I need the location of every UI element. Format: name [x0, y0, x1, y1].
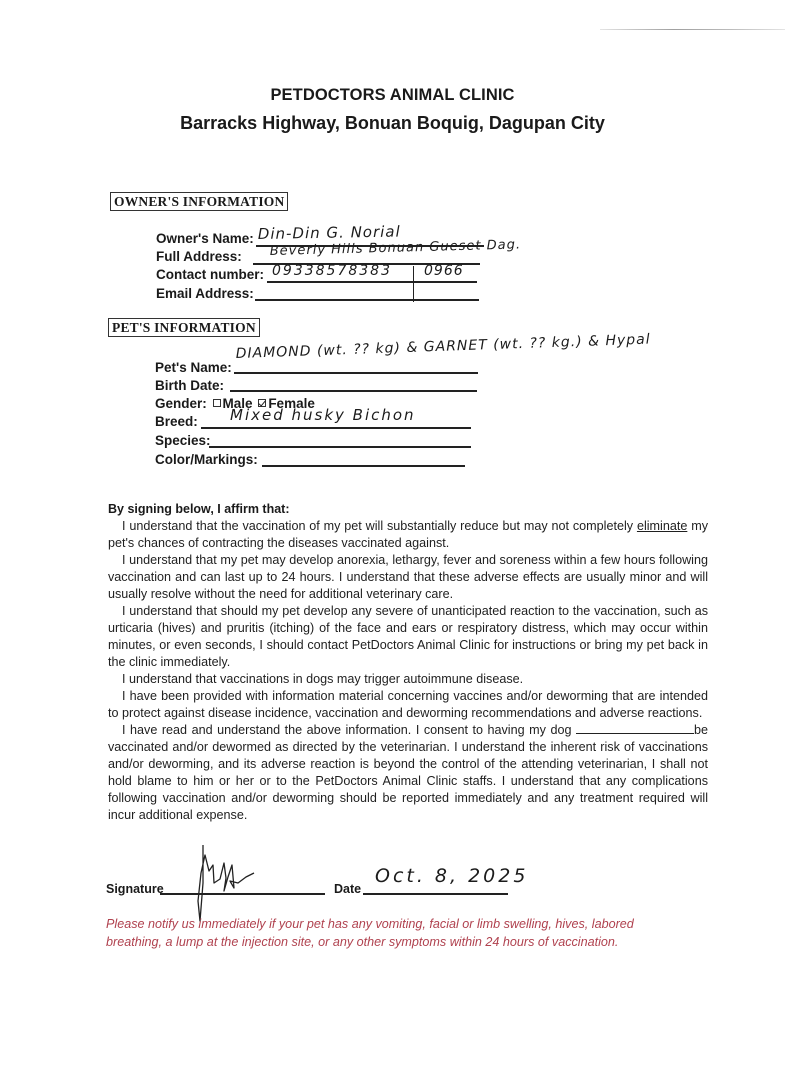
affirmation-paragraph-6: I have read and understand the above inf…: [108, 722, 708, 824]
date-line: [363, 893, 508, 895]
affirmation-paragraph-5: I have been provided with information ma…: [108, 688, 708, 722]
species-label: Species:: [155, 433, 211, 448]
affirmation-body: I understand that the vaccination of my …: [108, 518, 708, 824]
email-address-field[interactable]: [255, 299, 479, 301]
clinic-name: PETDOCTORS ANIMAL CLINIC: [0, 86, 785, 105]
pet-name-label: Pet's Name:: [155, 360, 232, 375]
p1-underlined-word: eliminate: [637, 519, 687, 533]
p1-text: I understand that the vaccination of my …: [122, 519, 637, 533]
contact-number-field-1[interactable]: 09338578383: [272, 263, 392, 279]
signature-label: Signature: [106, 882, 164, 896]
gender-label: Gender:: [155, 396, 207, 411]
contact-number-field-2[interactable]: 0966: [424, 263, 464, 279]
owner-name-label: Owner's Name:: [156, 231, 254, 246]
contact-divider: [413, 266, 414, 302]
birth-date-field[interactable]: [230, 390, 477, 392]
birth-date-label: Birth Date:: [155, 378, 224, 393]
breed-label: Breed:: [155, 414, 198, 429]
contact-number-label: Contact number:: [156, 267, 264, 282]
color-markings-field[interactable]: [262, 465, 465, 467]
color-markings-label: Color/Markings:: [155, 452, 258, 467]
pet-name-line: [234, 372, 478, 374]
owner-name-field[interactable]: Din-Din G. Norial: [258, 223, 401, 243]
affirmation-paragraph-3: I understand that should my pet develop …: [108, 603, 708, 671]
dog-name-blank-field[interactable]: [576, 724, 694, 734]
post-vaccination-notice: Please notify us immediately if your pet…: [106, 915, 666, 951]
p6-text: I have read and understand the above inf…: [122, 723, 576, 737]
email-address-label: Email Address:: [156, 286, 254, 301]
affirmation-paragraph-1: I understand that the vaccination of my …: [108, 518, 708, 552]
affirmation-paragraph-2: I understand that my pet may develop ano…: [108, 552, 708, 603]
contact-number-line: [267, 281, 477, 283]
breed-field[interactable]: Mixed husky Bichon: [230, 406, 416, 424]
pet-name-field[interactable]: DIAMOND (wt. ?? kg) & GARNET (wt. ?? kg.…: [235, 332, 650, 362]
date-field[interactable]: Oct. 8, 2025: [375, 865, 528, 887]
gender-male-checkbox[interactable]: [213, 399, 221, 407]
affirmation-title: By signing below, I affirm that:: [108, 502, 290, 516]
owner-address-label: Full Address:: [156, 249, 242, 264]
breed-line: [201, 427, 471, 429]
species-field[interactable]: [209, 446, 471, 448]
date-label: Date: [334, 882, 361, 896]
clinic-address: Barracks Highway, Bonuan Boquig, Dagupan…: [0, 113, 785, 134]
owner-section-heading: OWNER'S INFORMATION: [110, 192, 288, 211]
pet-section-heading: PET'S INFORMATION: [108, 318, 260, 337]
affirmation-paragraph-4: I understand that vaccinations in dogs m…: [108, 671, 708, 688]
p6-text-end: be vaccinated and/or dewormed as directe…: [108, 723, 708, 822]
scan-artifact-line: [600, 29, 785, 30]
